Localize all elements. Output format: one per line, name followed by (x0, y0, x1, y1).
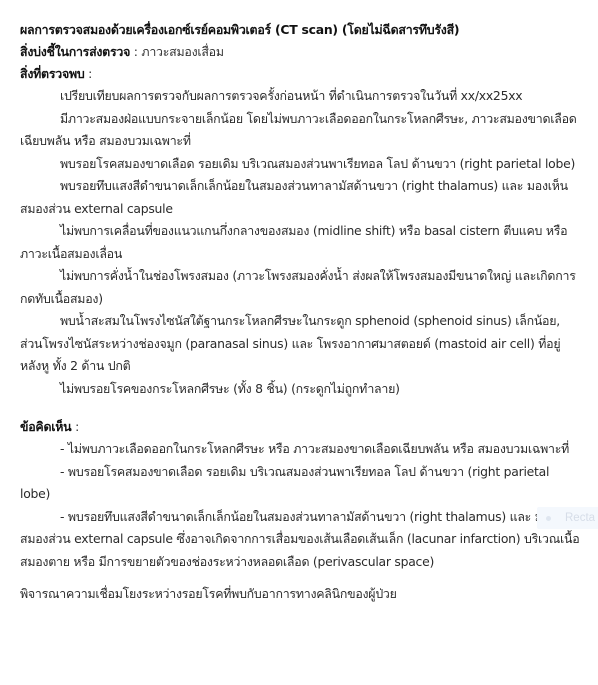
findings-separator: : (84, 66, 92, 81)
impression-label: ข้อคิดเห็น (20, 419, 71, 434)
indication-separator: : (130, 44, 141, 59)
impression-heading: ข้อคิดเห็น : (20, 416, 580, 438)
impression-item: - ไม่พบภาวะเลือดออกในกระโหลกศีรษะ หรือ ภ… (20, 438, 580, 461)
finding-item: พบรอยโรคสมองขาดเลือด รอยเดิม บริเวณสมองส… (20, 153, 580, 176)
finding-item: ไม่พบการเคลื่อนที่ของแนวแกนกึ่งกลางของสม… (20, 220, 580, 265)
ghost-tooltip-chip: Recta (537, 507, 598, 529)
indication-row: สิ่งบ่งชี้ในการส่งตรวจ : ภาวะสมองเสื่อม (20, 41, 580, 63)
finding-item: เปรียบเทียบผลการตรวจกับผลการตรวจครั้งก่อ… (20, 85, 580, 108)
bullet-icon (546, 516, 551, 521)
indication-value: ภาวะสมองเสื่อม (141, 44, 223, 59)
ghost-chip-label: Recta (565, 512, 595, 524)
findings-label: สิ่งที่ตรวจพบ (20, 66, 84, 81)
recommendation: พิจารณาความเชื่อมโยงระหว่างรอยโรคที่พบกั… (20, 583, 580, 606)
impression-item: - พบรอยโรคสมองขาดเลือด รอยเดิม บริเวณสมอ… (20, 461, 580, 506)
indication-label: สิ่งบ่งชี้ในการส่งตรวจ (20, 44, 130, 59)
finding-item: พบน้ำสะสมในโพรงไซนัสใต้ฐานกระโหลกศีรษะใน… (20, 310, 580, 378)
ct-report: ผลการตรวจสมองด้วยเครื่องเอกซ์เรย์คอมพิวเ… (20, 13, 580, 606)
finding-item: มีภาวะสมองฝ่อแบบกระจายเล็กน้อย โดยไม่พบภ… (20, 108, 580, 153)
findings-heading: สิ่งที่ตรวจพบ : (20, 63, 580, 85)
finding-item: ไม่พบการคั่งน้ำในช่องโพรงสมอง (ภาวะโพรงส… (20, 265, 580, 310)
impression-item: - พบรอยทึบแสงสีดำขนาดเล็กเล็กน้อยในสมองส… (20, 506, 580, 574)
report-title: ผลการตรวจสมองด้วยเครื่องเอกซ์เรย์คอมพิวเ… (20, 19, 580, 41)
impression-separator: : (71, 419, 79, 434)
finding-item: พบรอยทึบแสงสีดำขนาดเล็กเล็กน้อยในสมองส่ว… (20, 175, 580, 220)
finding-item: ไม่พบรอยโรคของกระโหลกศีรษะ (ทั้ง 8 ชิ้น)… (20, 378, 580, 401)
